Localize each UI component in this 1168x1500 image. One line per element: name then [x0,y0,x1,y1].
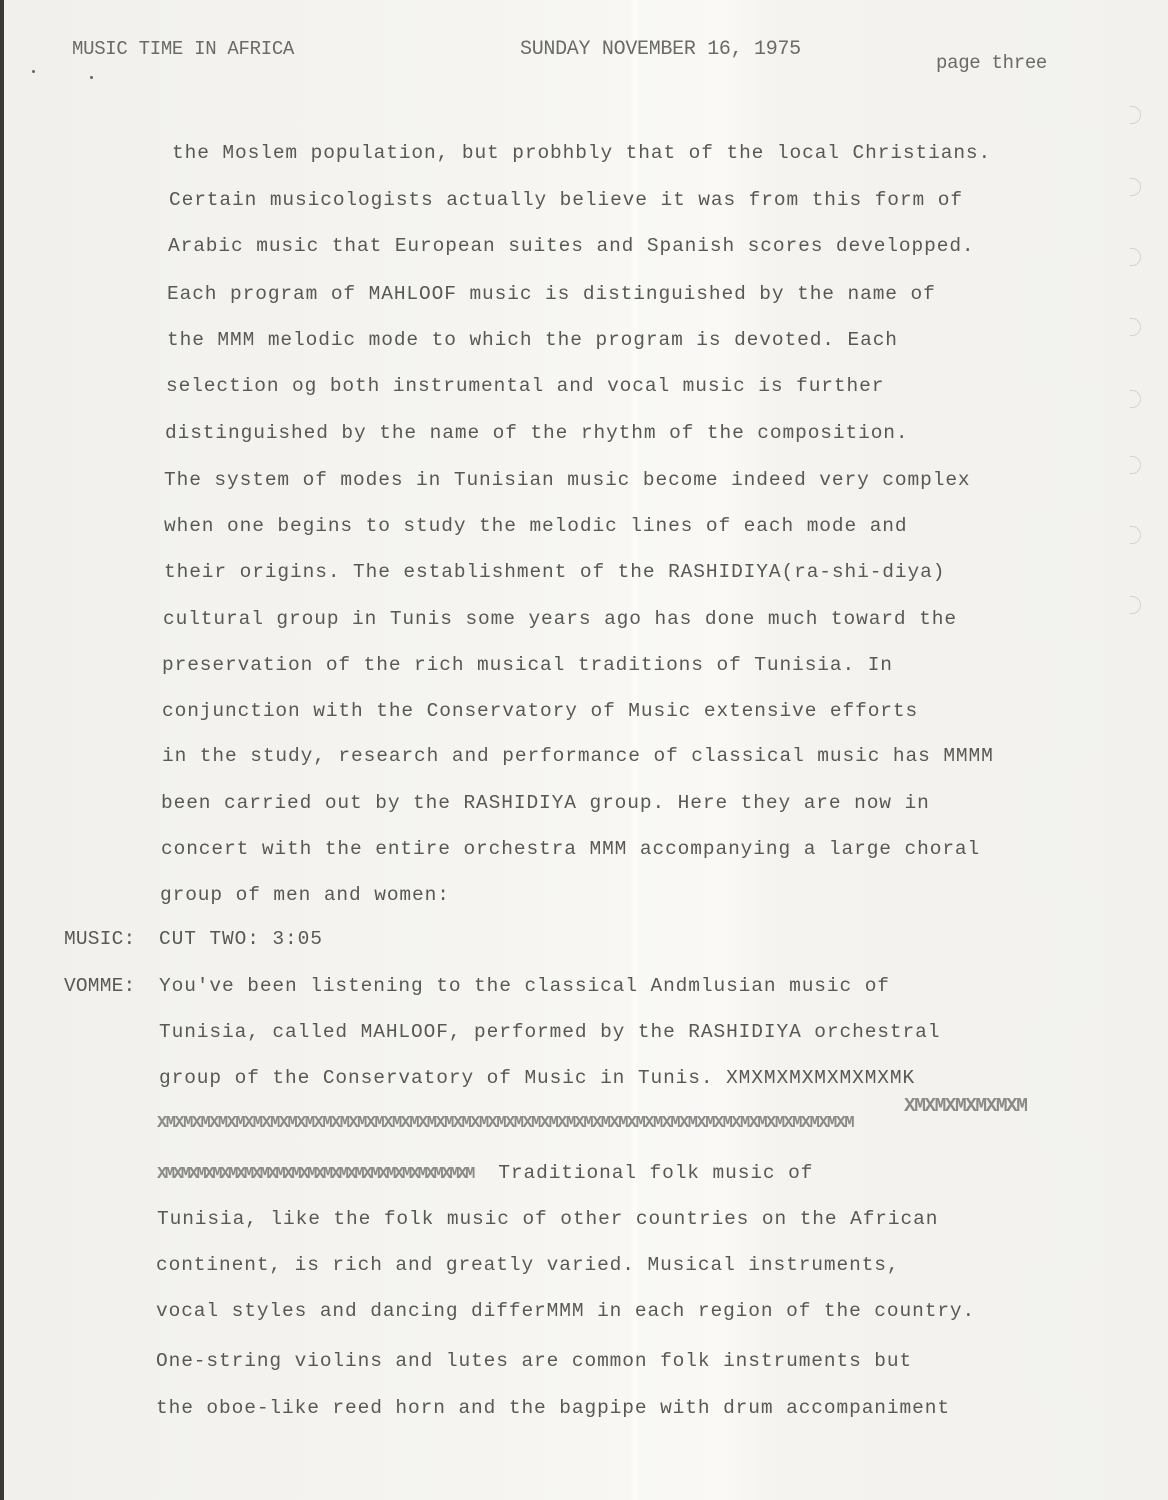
text-line: Certain musicologists actually believe i… [169,189,963,211]
struck-out-text: XMXMXMXMXMXMXMXMXMXMXMXMXMXMXMXMXMXMXMXM… [157,1114,853,1133]
paper-speck [32,70,35,73]
page-number: page three [936,52,1047,74]
hole-punch-mark [1130,390,1141,408]
text-line: vocal styles and dancing differMMM in ea… [156,1300,975,1322]
struck-out-text: XMXMXMXMXMXM [904,1095,1026,1117]
text-line: continent, is rich and greatly varied. M… [156,1254,900,1276]
cue-text: You've been listening to the classical A… [159,975,890,997]
text-line: One-string violins and lutes are common … [156,1350,912,1372]
text-line: Arabic music that European suites and Sp… [168,235,975,257]
hole-punch-mark [1130,106,1141,124]
text-line: the oboe-like reed horn and the bagpipe … [156,1397,950,1419]
program-title: MUSIC TIME IN AFRICA [72,38,294,60]
hole-punch-mark [1130,596,1141,614]
text-line: preservation of the rich musical traditi… [162,654,893,676]
line-continuation: Traditional folk music of [473,1162,813,1184]
hole-punch-mark [1130,178,1141,196]
text-line: when one begins to study the melodic lin… [164,515,908,537]
text-line: distinguished by the name of the rhythm … [165,422,909,444]
hole-punch-mark [1130,248,1141,266]
hole-punch-mark [1130,456,1141,474]
struck-out-text: XMXMXMXMXMXMXMXMXMXMXMXMXMXMXMXMXMXMXMXM [157,1165,473,1184]
text-line: selection og both instrumental and vocal… [166,375,884,397]
text-line: XMXMXMXMXMXMXMXMXMXMXMXMXMXMXMXMXMXMXMXM… [157,1114,853,1133]
text-line: been carried out by the RASHIDIYA group.… [161,792,930,814]
text-line: Each program of MAHLOOF music is disting… [167,283,936,305]
text-line: group of men and women: [160,884,450,906]
text-line: conjunction with the Conservatory of Mus… [162,700,918,722]
broadcast-date: SUNDAY NOVEMBER 16, 1975 [520,38,801,61]
cue-label: MUSIC: [64,928,135,950]
text-line: their origins. The establishment of the … [164,561,945,583]
text-line: the Moslem population, but probhbly that… [172,142,991,164]
cue-label: VOMME: [64,975,135,997]
text-line: concert with the entire orchestra MMM ac… [161,838,980,860]
text-line: in the study, research and performance o… [162,745,994,767]
hole-punch-mark [1130,318,1141,336]
cue-text: CUT TWO: 3:05 [159,928,323,950]
text-line: Tunisia, called MAHLOOF, performed by th… [159,1021,940,1043]
text-line: group of the Conservatory of Music in Tu… [159,1067,915,1089]
text-line: the MMM melodic mode to which the progra… [167,329,898,351]
text-line: Tunisia, like the folk music of other co… [157,1208,938,1230]
hole-punch-mark [1130,526,1141,544]
typewritten-page: MUSIC TIME IN AFRICA SUNDAY NOVEMBER 16,… [4,0,1168,1500]
text-line: cultural group in Tunis some years ago h… [163,608,957,630]
text-line: The system of modes in Tunisian music be… [164,469,971,491]
paper-speck [90,76,93,79]
text-line: XMXMXMXMXMXM [904,1095,1026,1117]
text-line: XMXMXMXMXMXMXMXMXMXMXMXMXMXMXMXMXMXMXMXM… [157,1162,813,1184]
